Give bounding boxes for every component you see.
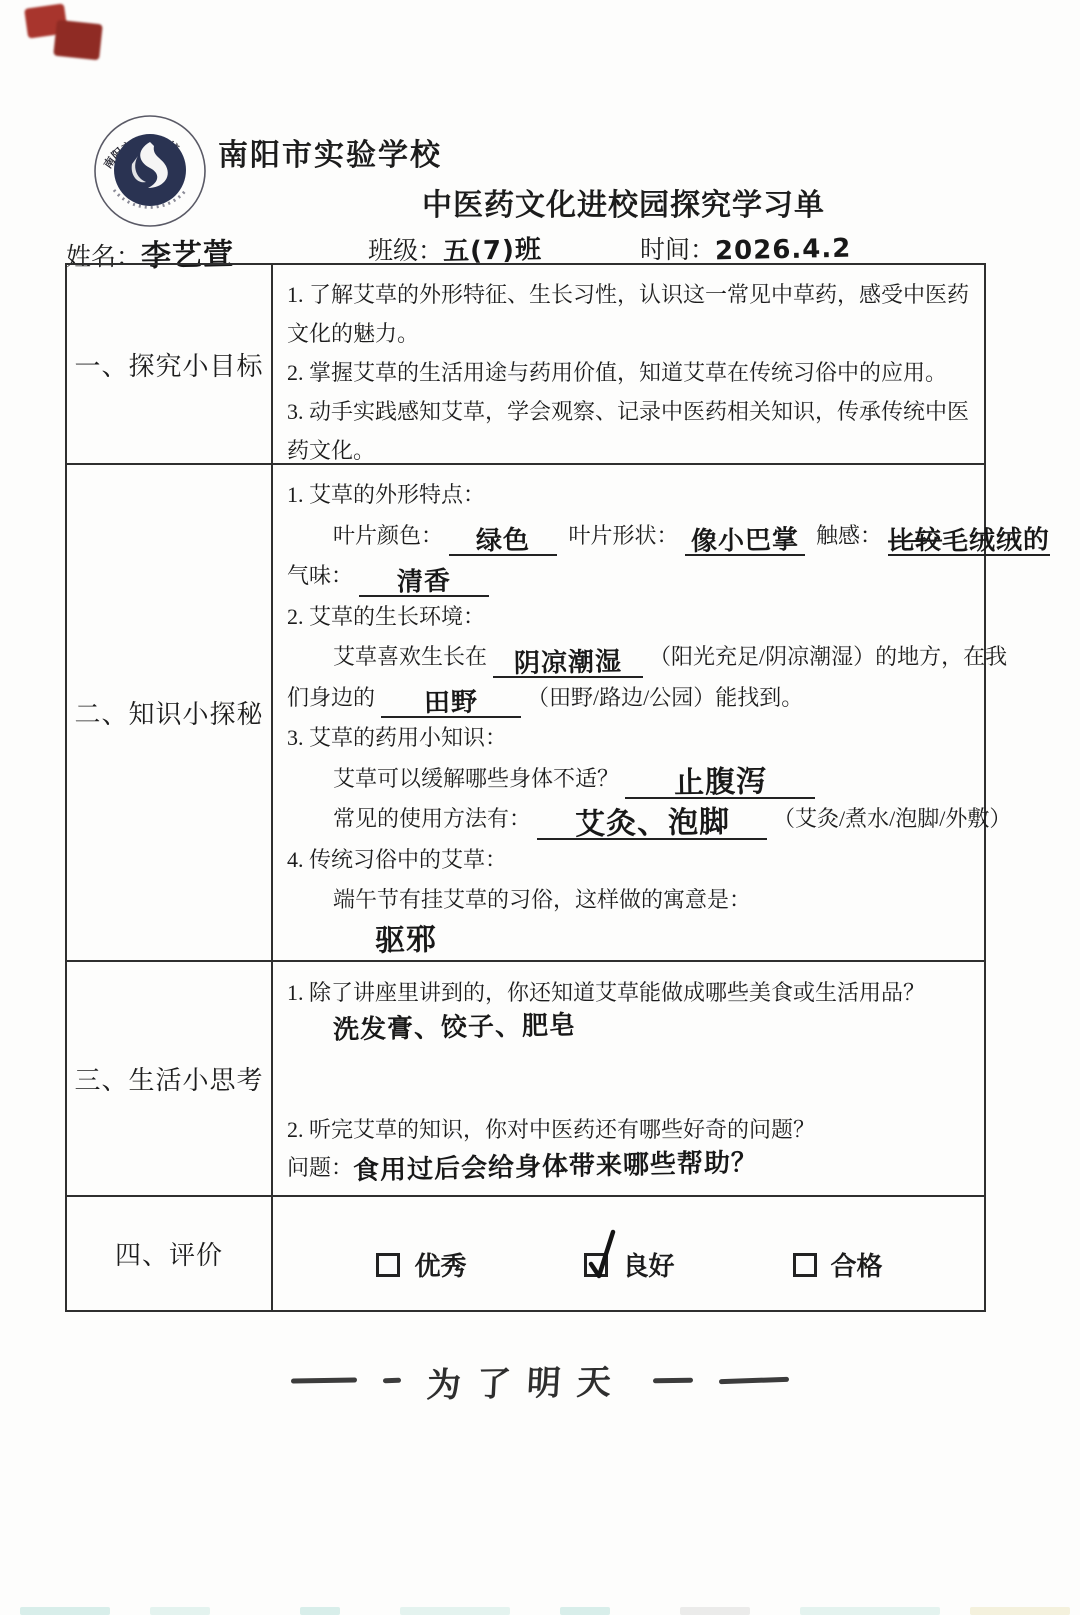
- q2-pre-text: 艾草喜欢生长在: [333, 644, 487, 669]
- leaf-color-handwritten: 绿色: [476, 527, 531, 557]
- reflection-a2-handwritten: 食用过后会给身体带来哪些帮助？: [353, 1143, 759, 1191]
- knowledge-content: 1. 艾草的外形特点： 叶片颜色：绿色 叶片形状：像小巴掌 触感：比较毛绒绒的 …: [273, 465, 1068, 960]
- usage-blank: 艾灸、泡脚: [537, 805, 767, 840]
- checkbox-good: [584, 1253, 608, 1277]
- q3-line1: 艾草可以缓解哪些身体不适？止腹泻: [287, 759, 1056, 800]
- q4-answer-line: 驱邪: [287, 921, 1056, 964]
- touch-handwritten-struck: 比较: [888, 527, 943, 557]
- eval-option-pass: 合格: [793, 1246, 883, 1283]
- q2-line2-pre-text: 们身边的: [287, 685, 375, 710]
- touch-handwritten: 毛绒绒的: [942, 526, 1050, 556]
- class-label: 班级：: [368, 238, 443, 265]
- reflection-content: 1. 除了讲座里讲到的，你还知道艾草能做成哪些美食或生活用品？ 洗发膏、饺子、肥…: [273, 962, 984, 1195]
- student-info-row: 姓名：李艺萱 班级：五(7)班 时间：2026.4.2: [66, 224, 996, 264]
- reflection-q2: 2. 听完艾草的知识，你对中医药还有哪些好奇的问题？: [287, 1113, 972, 1147]
- touch-label: 触感：: [816, 523, 882, 548]
- q2-line2: 们身边的田野（田野/路边/公园）能找到。: [287, 678, 1056, 719]
- relief-handwritten: 止腹泻: [673, 765, 767, 800]
- eval-option-excellent: 优秀: [376, 1246, 466, 1283]
- leaf-shape-label: 叶片形状：: [569, 523, 679, 548]
- smell-label: 气味：: [287, 563, 353, 588]
- school-logo: 南阳市实验学校: [92, 112, 208, 230]
- leaf-color-blank: 绿色: [449, 525, 557, 556]
- location-blank: 田野: [381, 687, 521, 718]
- q3-line1-label: 艾草可以缓解哪些身体不适？: [333, 766, 619, 791]
- smell-handwritten: 清香: [397, 567, 452, 597]
- meaning-handwritten: 驱邪: [375, 920, 438, 962]
- page-title: 中医药文化进校园探究学习单: [422, 180, 825, 224]
- footer-motto: 为了明天: [0, 1345, 1080, 1415]
- row-label-knowledge: 二、知识小探秘: [67, 465, 273, 960]
- question-label: 问题：: [287, 1155, 353, 1180]
- q3-title: 3. 艾草的药用小知识：: [287, 718, 1056, 759]
- usage-handwritten: 艾灸、泡脚: [574, 805, 730, 841]
- q2-title: 2. 艾草的生长环境：: [287, 597, 1056, 638]
- habitat-blank: 阴凉潮湿: [493, 647, 643, 678]
- location-handwritten: 田野: [424, 689, 479, 719]
- reflection-a2-line: 问题：食用过后会给身体带来哪些帮助？: [287, 1147, 972, 1188]
- objective-line: 2. 掌握艾草的生活用途与药用价值，知道艾草在传统习俗中的应用。: [287, 353, 972, 392]
- school-name: 南阳市实验学校: [218, 130, 442, 174]
- q1-title: 1. 艾草的外形特点：: [287, 475, 1056, 516]
- touch-blank: 比较毛绒绒的: [888, 525, 1050, 556]
- worksheet-page: 南阳市实验学校 南阳市实验学校 中医药文化进校园探究学习单 姓名：李艺萱 班级：…: [0, 0, 1080, 1615]
- leaf-shape-blank: 像小巴掌: [685, 525, 805, 556]
- row-label-evaluation: 四、评价: [67, 1197, 273, 1310]
- leaf-shape-handwritten: 像小巴掌: [690, 526, 798, 556]
- motto-text: 为了明天: [426, 1354, 629, 1407]
- row-label-reflection: 三、生活小思考: [67, 962, 273, 1195]
- motto-dash-right-short: [653, 1377, 693, 1383]
- checkmark-icon: [583, 1226, 623, 1282]
- q3-line2-label: 常见的使用方法有：: [333, 806, 531, 831]
- motto-dash-left-short: [383, 1377, 401, 1383]
- smell-blank: 清香: [359, 566, 489, 597]
- habitat-handwritten: 阴凉潮湿: [514, 648, 622, 678]
- q1-answers-line: 叶片颜色：绿色 叶片形状：像小巴掌 触感：比较毛绒绒的: [287, 516, 1056, 557]
- q3-line2: 常见的使用方法有：艾灸、泡脚（艾灸/煮水/泡脚/外敷）: [287, 799, 1056, 840]
- objective-line: 文化的魅力。: [287, 314, 972, 353]
- scan-artifact-red-mark: [53, 20, 103, 61]
- table-row-objectives: 一、探究小目标 1. 了解艾草的外形特征、生长习性，认识这一常见中草药，感受中医…: [67, 265, 984, 465]
- smell-line: 气味：清香: [287, 556, 1056, 597]
- motto-dash-right: [719, 1376, 789, 1383]
- eval-label-pass: 合格: [831, 1246, 883, 1283]
- objectives-content: 1. 了解艾草的外形特征、生长习性，认识这一常见中草药，感受中医药 文化的魅力。…: [273, 265, 984, 463]
- row-label-objectives: 一、探究小目标: [67, 265, 273, 463]
- q4-title: 4. 传统习俗中的艾草：: [287, 840, 1056, 881]
- motto-dash-left: [291, 1377, 357, 1383]
- scan-artifact-bottom-strip: [0, 1603, 1080, 1615]
- q2-mid-text: （阳光充足/阴凉潮湿）的地方，在我: [649, 644, 1007, 669]
- relief-blank: 止腹泻: [625, 764, 815, 799]
- objective-line: 1. 了解艾草的外形特征、生长习性，认识这一常见中草药，感受中医药: [287, 275, 972, 314]
- leaf-color-label: 叶片颜色：: [333, 523, 443, 548]
- q2-line1: 艾草喜欢生长在阴凉潮湿（阳光充足/阴凉潮湿）的地方，在我: [287, 637, 1056, 678]
- checkbox-pass: [793, 1253, 817, 1277]
- table-row-evaluation: 四、评价 优秀 良好: [67, 1197, 984, 1310]
- worksheet-table: 一、探究小目标 1. 了解艾草的外形特征、生长习性，认识这一常见中草药，感受中医…: [65, 263, 986, 1312]
- table-row-knowledge: 二、知识小探秘 1. 艾草的外形特点： 叶片颜色：绿色 叶片形状：像小巴掌 触感…: [67, 465, 984, 962]
- q4-line: 端午节有挂艾草的习俗，这样做的寓意是：: [287, 880, 1056, 921]
- table-row-reflection: 三、生活小思考 1. 除了讲座里讲到的，你还知道艾草能做成哪些美食或生活用品？ …: [67, 962, 984, 1197]
- q2-post-text: （田野/路边/公园）能找到。: [527, 685, 803, 710]
- q3-line2-options: （艾灸/煮水/泡脚/外敷）: [773, 806, 1011, 831]
- checkbox-excellent: [376, 1253, 400, 1277]
- objective-line: 3. 动手实践感知艾草，学会观察、记录中医药相关知识，传承传统中医: [287, 392, 972, 431]
- eval-label-excellent: 优秀: [414, 1246, 466, 1283]
- reflection-q1: 1. 除了讲座里讲到的，你还知道艾草能做成哪些美食或生活用品？: [287, 976, 972, 1010]
- eval-label-good: 良好: [622, 1246, 674, 1283]
- evaluation-options: 优秀 良好 合格: [287, 1207, 972, 1304]
- reflection-a1-handwritten: 洗发膏、饺子、肥皂: [333, 1007, 577, 1048]
- eval-option-good: 良好: [584, 1246, 674, 1283]
- date-value-handwritten: 2026.4.2: [715, 234, 852, 267]
- date-label: 时间：: [640, 237, 715, 264]
- evaluation-content: 优秀 良好 合格: [273, 1197, 984, 1310]
- reflection-a1-line: 洗发膏、饺子、肥皂: [287, 1010, 972, 1047]
